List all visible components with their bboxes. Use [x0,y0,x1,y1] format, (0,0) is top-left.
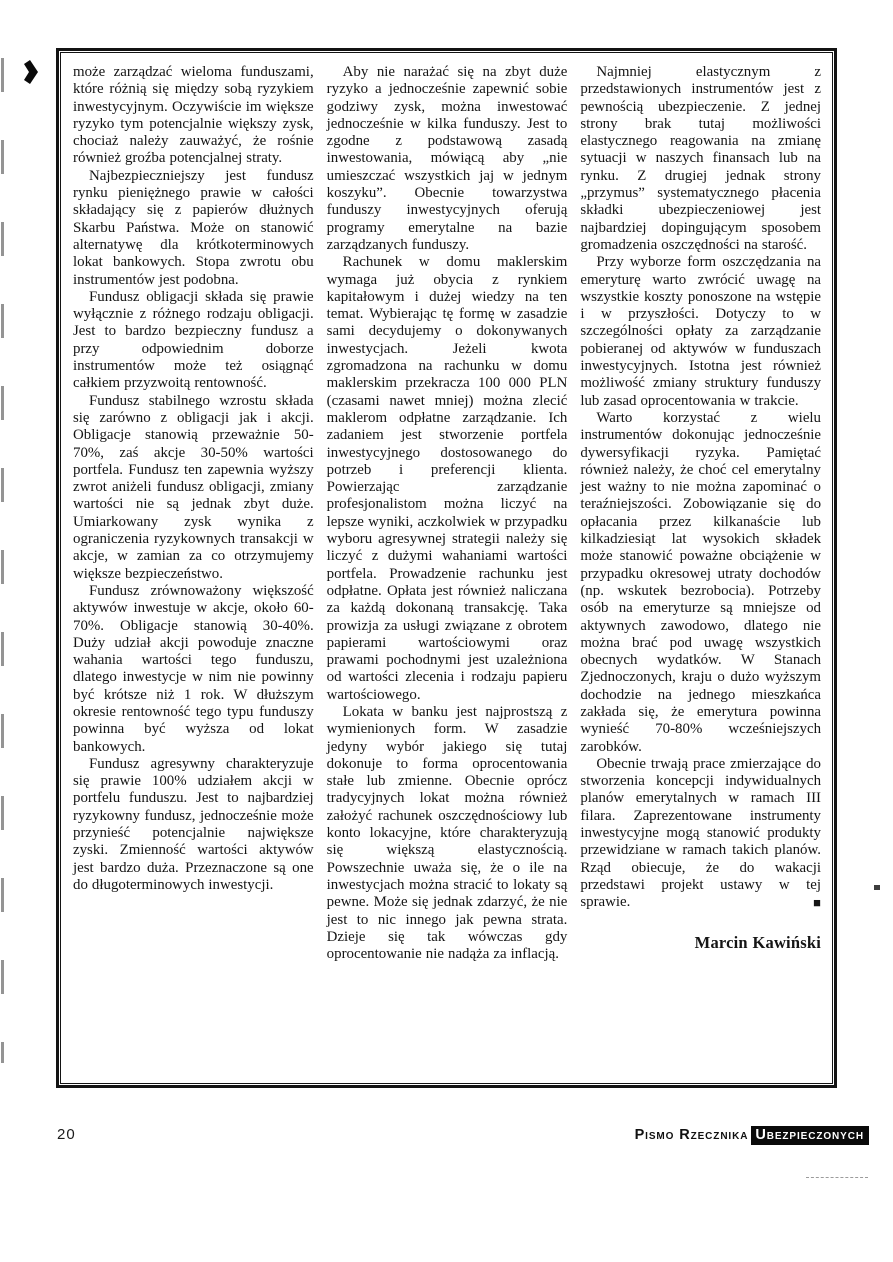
paragraph: może zarządzać wieloma funduszami, które… [73,64,314,168]
scan-margin-mark [874,885,880,890]
publication-name: Pismo RzecznikaUbezpieczonych [635,1127,869,1143]
article-column-3: Najmniej elastycznym z przedstawionych i… [580,64,821,963]
scan-gutter-artifact [1,58,4,1063]
paragraph: Fundusz zrównoważony większość aktywów i… [73,583,314,756]
page-footer: 20 Pismo RzecznikaUbezpieczonych [57,1126,869,1143]
page-number: 20 [57,1126,76,1143]
article-body: może zarządzać wieloma funduszami, które… [73,64,821,963]
article-frame-inner: może zarządzać wieloma funduszami, które… [60,52,833,1084]
paragraph: Rachunek w domu maklerskim wymaga już ob… [327,254,568,704]
paragraph: Obecnie trwają prace zmierzające do stwo… [580,756,821,912]
paragraph: Najbezpieczniejszy jest fundusz rynku pi… [73,168,314,289]
scan-dash-artifact [806,1177,868,1178]
paragraph: Warto korzystać z wielu instrumentów dok… [580,410,821,756]
article-column-1: może zarządzać wieloma funduszami, które… [73,64,314,963]
publication-name-highlight: Ubezpieczonych [751,1126,869,1145]
paragraph: Aby nie narażać się na zbyt duże ryzyko … [327,64,568,254]
paragraph: Fundusz obligacji składa się prawie wyłą… [73,289,314,393]
paragraph: Fundusz stabilnego wzrostu składa się za… [73,393,314,583]
article-column-2: Aby nie narażać się na zbyt duże ryzyko … [327,64,568,963]
paragraph: Najmniej elastycznym z przedstawionych i… [580,64,821,254]
paragraph-text: Obecnie trwają prace zmierzające do stwo… [580,756,821,910]
paragraph: Fundusz agresywny charakteryzuje się pra… [73,756,314,894]
article-frame: może zarządzać wieloma funduszami, które… [56,48,837,1088]
publication-name-text: Pismo Rzecznika [635,1127,749,1143]
paragraph: Przy wyborze form oszczędzania na emeryt… [580,254,821,410]
margin-arrow-icon [24,60,39,84]
paragraph: Lokata w banku jest najprostszą z wymien… [327,704,568,963]
author-byline: Marcin Kawiński [580,934,821,951]
end-of-article-icon: ■ [797,894,821,911]
scanned-page: może zarządzać wieloma funduszami, które… [0,0,893,1262]
